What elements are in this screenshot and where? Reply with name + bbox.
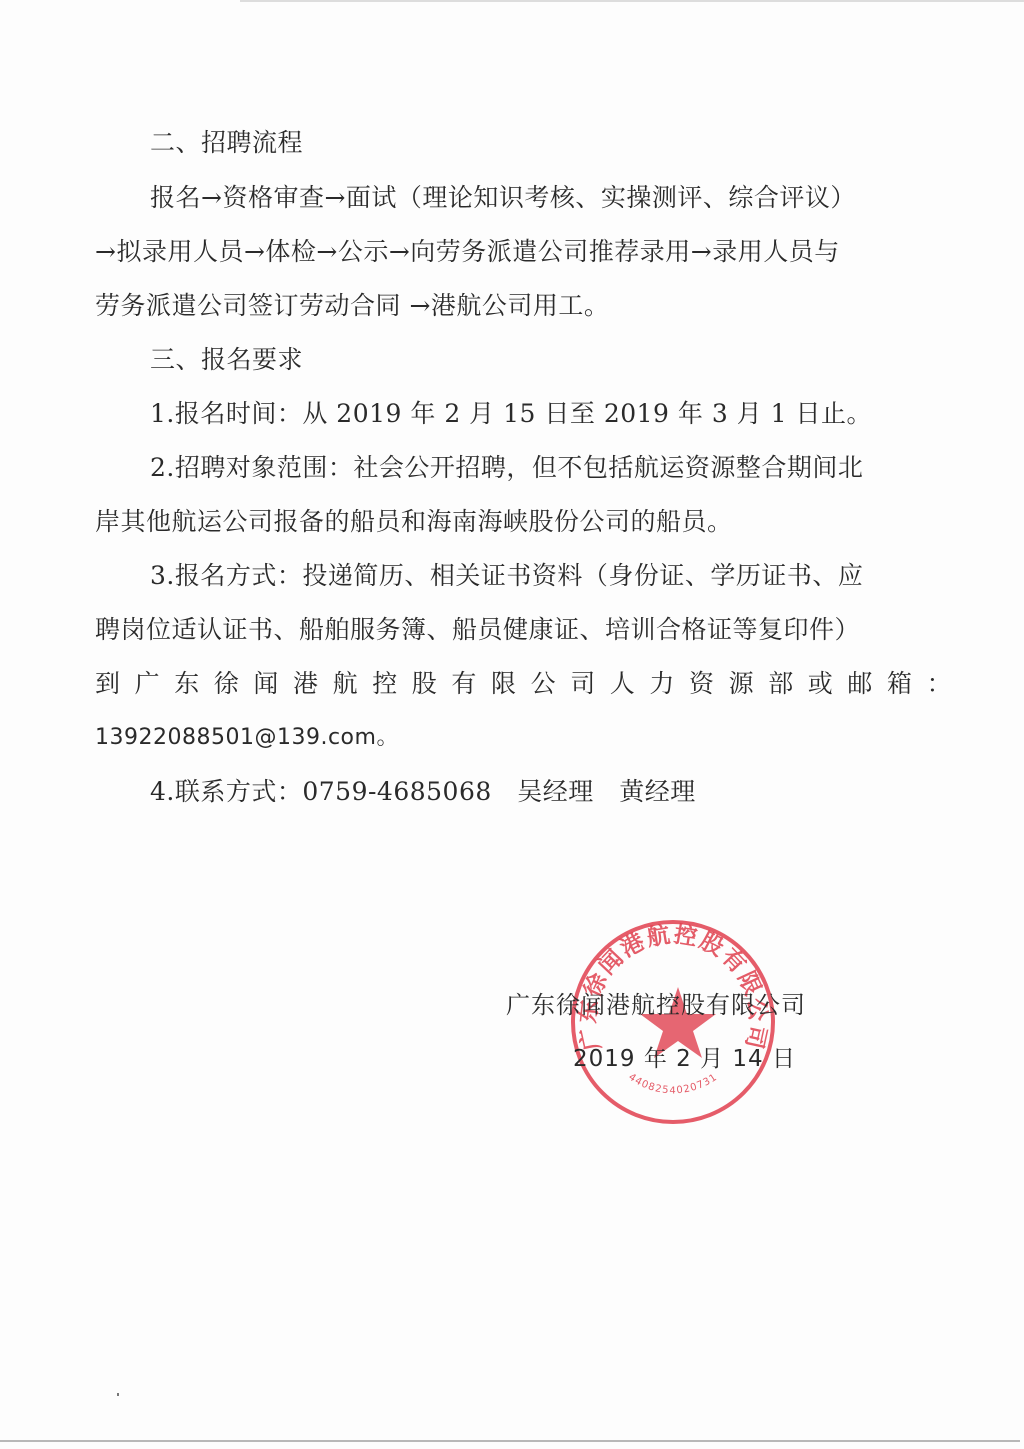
scan-edge-bottom [0, 1440, 1020, 1442]
section3-item3-line3: 到广东徐闻港航控股有限公司人力资源部或邮箱： [95, 669, 966, 699]
scan-speck [117, 1393, 119, 1396]
section3-item3-line2: 聘岗位适认证书、船舶服务簿、船员健康证、培训合格证等复印件） [95, 615, 860, 645]
section2-heading: 二、招聘流程 [150, 128, 303, 158]
svg-text:4408254020731: 4408254020731 [626, 1072, 719, 1096]
company-seal-stamp: 广东徐闻港航控股有限公司 4408254020731 [568, 917, 778, 1127]
section2-line-2: →拟录用人员→体检→公示→向劳务派遣公司推荐录用→录用人员与 [95, 237, 840, 267]
section3-item2-line1: 2.招聘对象范围：社会公开招聘，但不包括航运资源整合期间北 [150, 453, 863, 483]
section2-line-3: 劳务派遣公司签订劳动合同 →港航公司用工。 [95, 291, 609, 321]
section3-item1: 1.报名时间：从 2019 年 2 月 15 日至 2019 年 3 月 1 日… [150, 399, 872, 429]
section3-item3-line1: 3.报名方式：投递简历、相关证书资料（身份证、学历证书、应 [150, 561, 863, 591]
document-page: 二、招聘流程 报名→资格审查→面试（理论知识考核、实操测评、综合评议） →拟录用… [0, 0, 1024, 1449]
section3-item4-contact: 4.联系方式：0759-4685068 吴经理 黄经理 [150, 777, 696, 807]
signature-date: 2019 年 2 月 14 日 [573, 1044, 796, 1074]
section3-item2-line2: 岸其他航运公司报备的船员和海南海峡股份公司的船员。 [95, 507, 733, 537]
seal-serial-number: 4408254020731 [626, 1072, 719, 1096]
section3-heading: 三、报名要求 [150, 345, 303, 375]
signature-company: 广东徐闻港航控股有限公司 [506, 990, 806, 1020]
section3-item3-email: 13922088501@139.com。 [95, 723, 399, 753]
section2-line-1: 报名→资格审查→面试（理论知识考核、实操测评、综合评议） [150, 183, 856, 213]
scan-edge-top [240, 0, 1024, 2]
